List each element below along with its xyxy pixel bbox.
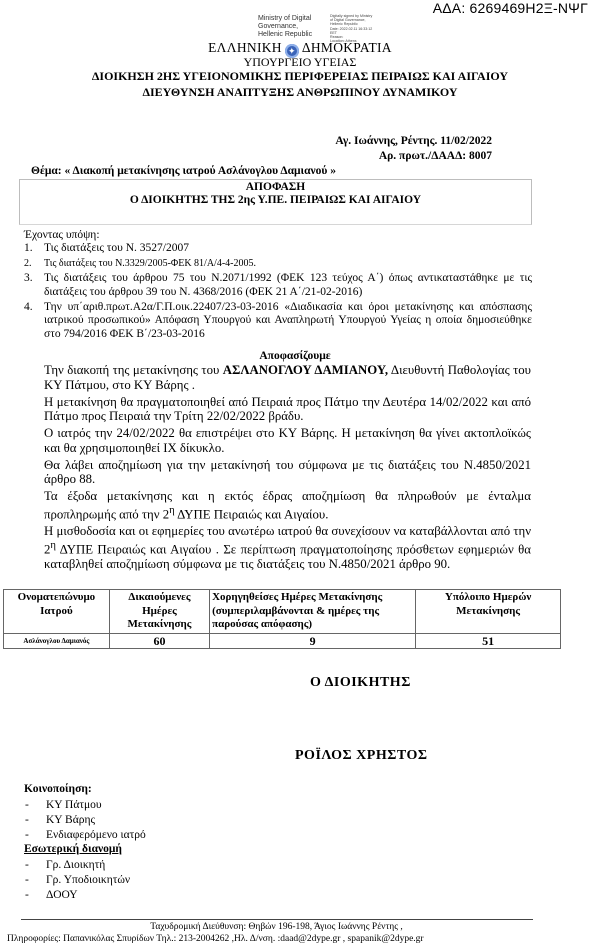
references-list: 1.Τις διατάξεις του Ν. 3527/2007 2.Τις δ… — [24, 242, 532, 343]
signatory-name: ΡΟΪΛΟΣ ΧΡΗΣΤΟΣ — [295, 748, 428, 764]
cell-remaining: 51 — [416, 633, 561, 649]
decide-heading: Αποφασίζουμε — [0, 350, 590, 362]
reference-item: 2.Τις διατάξεις του Ν.3329/2005-ΦΕΚ 81/Α… — [24, 257, 532, 271]
list-item: Γρ. Υποδιοικητών — [24, 873, 130, 888]
issuer-label: Ο ΔΙΟΙΚΗΤΗΣ ΤΗΣ 2ης Υ.ΠΕ. ΠΕΙΡΑΙΩΣ ΚΑΙ Α… — [20, 194, 531, 207]
decision-title-box: ΑΠΟΦΑΣΗ Ο ΔΙΟΙΚΗΤΗΣ ΤΗΣ 2ης Υ.ΠΕ. ΠΕΙΡΑΙ… — [19, 179, 532, 225]
subject-line: Θέμα: « Διακοπή μετακίνησης ιατρού Ασλάν… — [31, 165, 336, 177]
considering-label: Έχοντας υπόψη: — [24, 229, 100, 241]
authority-heading: ΔΙΟΙΚΗΣΗ 2ΗΣ ΥΓΕΙΟΝΟΜΙΚΗΣ ΠΕΡΙΦΕΡΕΙΑΣ ΠΕ… — [0, 69, 600, 84]
movement-days-table: Ονοματεπώνυμο Ιατρού Δικαιούμενες Ημέρες… — [3, 589, 561, 649]
column-header-entitled: Δικαιούμενες Ημέρες Μετακίνησης — [109, 590, 209, 634]
footer-divider — [21, 919, 533, 920]
list-item: ΚΥ Βάρης — [24, 813, 146, 828]
list-item: ΔΟΟΥ — [24, 888, 130, 903]
ministry-heading: ΥΠΟΥΡΓΕΙΟ ΥΓΕΙΑΣ — [0, 55, 600, 70]
decision-body: Την διακοπή της μετακίνησης του ΑΣΛΑΝΟΓΛ… — [44, 363, 531, 574]
footer-contact: Πληροφορίες: Παπανικόλας Σπυρίδων Τηλ.: … — [7, 934, 424, 944]
signer-line: Ministry of Digital — [258, 15, 312, 23]
table-row: Ασλάνογλου Δαμιανός 60 9 51 — [4, 633, 561, 649]
column-header-name: Ονοματεπώνυμο Ιατρού — [4, 590, 110, 634]
list-item: Ενδιαφερόμενο ιατρό — [24, 828, 146, 843]
internal-distribution-title: Εσωτερική διανομή — [24, 843, 122, 855]
signer-line: Hellenic Republic — [258, 31, 312, 39]
reference-number: 1. — [24, 242, 33, 256]
place-date: Αγ. Ιωάννης, Ρέντης. 11/02/2022 — [335, 135, 492, 147]
reference-item: 3.Τις διατάξεις του άρθρου 75 του Ν.2071… — [24, 272, 532, 299]
reference-number: 3. — [24, 272, 33, 286]
footer-address: Ταχυδρομική Διεύθυνση: Θηβών 196-198, Άγ… — [0, 922, 553, 932]
doctor-name: ΑΣΛΑΝΟΓΛΟΥ ΔΑΜΙΑΝΟΥ, — [223, 363, 388, 377]
text: Την διακοπή της μετακίνησης του — [44, 363, 223, 377]
digital-signature-signer: Ministry of Digital Governance, Hellenic… — [258, 15, 312, 39]
column-header-granted: Χορηγηθείσες Ημέρες Μετακίνησης (συμπερι… — [210, 590, 416, 634]
digital-signature-details: Digitally signed by Ministry of Digital … — [330, 14, 390, 43]
republic-left: ΕΛΛΗΝΙΚΗ — [208, 40, 282, 55]
text: ΔΥΠΕ Πειραιώς και Αιγαίου. — [175, 507, 329, 521]
text: ΔΥΠΕ Πειραιώς και Αιγαίου . Σε περίπτωση… — [44, 542, 531, 571]
directorate-heading: ΔΙΕΥΘΥΝΣΗ ΑΝΑΠΤΥΞΗΣ ΑΝΘΡΩΠΙΝΟΥ ΔΥΝΑΜΙΚΟΥ — [0, 85, 600, 100]
notification-list: ΚΥ Πάτμου ΚΥ Βάρης Ενδιαφερόμενο ιατρό — [24, 798, 146, 842]
reference-number: 4. — [24, 301, 33, 315]
cell-granted: 9 — [210, 633, 416, 649]
republic-right: ΔΗΜΟΚΡΑΤΙΑ — [302, 40, 392, 55]
body-paragraph: Θα λάβει αποζημίωση για την μετακίνησή τ… — [44, 458, 531, 487]
decision-label: ΑΠΟΦΑΣΗ — [20, 181, 531, 194]
column-header-remaining: Υπόλοιπο Ημερών Μετακίνησης — [416, 590, 561, 634]
reference-item: 4.Την υπ΄αριθ.πρωτ.Α2α/Γ.Π.οικ.22407/23-… — [24, 301, 532, 342]
signer-line: Governance, — [258, 23, 312, 31]
body-paragraph: Τα έξοδα μετακίνησης και η εκτός έδρας α… — [44, 489, 531, 521]
reference-text: Τις διατάξεις του Ν. 3527/2007 — [44, 242, 189, 254]
ada-code: ΑΔΑ: 6269469Η2Ξ-ΝΨΓ — [433, 0, 588, 16]
table-header-row: Ονοματεπώνυμο Ιατρού Δικαιούμενες Ημέρες… — [4, 590, 561, 634]
list-item: Γρ. Διοικητή — [24, 858, 130, 873]
reference-text: Την υπ΄αριθ.πρωτ.Α2α/Γ.Π.οικ.22407/23-03… — [44, 301, 532, 340]
body-paragraph: Ο ιατρός την 24/02/2022 θα επιστρέψει στ… — [44, 426, 531, 455]
cell-name: Ασλάνογλου Δαμιανός — [4, 633, 110, 649]
reference-item: 1.Τις διατάξεις του Ν. 3527/2007 — [24, 242, 532, 256]
reference-text: Τις διατάξεις του Ν.3329/2005-ΦΕΚ 81/Α/4… — [44, 258, 256, 269]
reference-text: Τις διατάξεις του άρθρου 75 του Ν.2071/1… — [44, 272, 532, 298]
body-paragraph: Η μισθοδοσία και οι εφημερίες του ανωτέρ… — [44, 524, 531, 571]
protocol-number: Αρ. πρωτ./ΔΑΑΔ: 8007 — [379, 150, 492, 162]
cell-entitled: 60 — [109, 633, 209, 649]
signatory-title: Ο ΔΙΟΙΚΗΤΗΣ — [310, 675, 411, 691]
body-paragraph: Την διακοπή της μετακίνησης του ΑΣΛΑΝΟΓΛ… — [44, 363, 531, 392]
reference-number: 2. — [24, 257, 32, 271]
internal-distribution-list: Γρ. Διοικητή Γρ. Υποδιοικητών ΔΟΟΥ — [24, 858, 130, 902]
list-item: ΚΥ Πάτμου — [24, 798, 146, 813]
body-paragraph: Η μετακίνηση θα πραγματοποιηθεί από Πειρ… — [44, 395, 531, 424]
notification-title: Κοινοποίηση: — [24, 783, 92, 795]
